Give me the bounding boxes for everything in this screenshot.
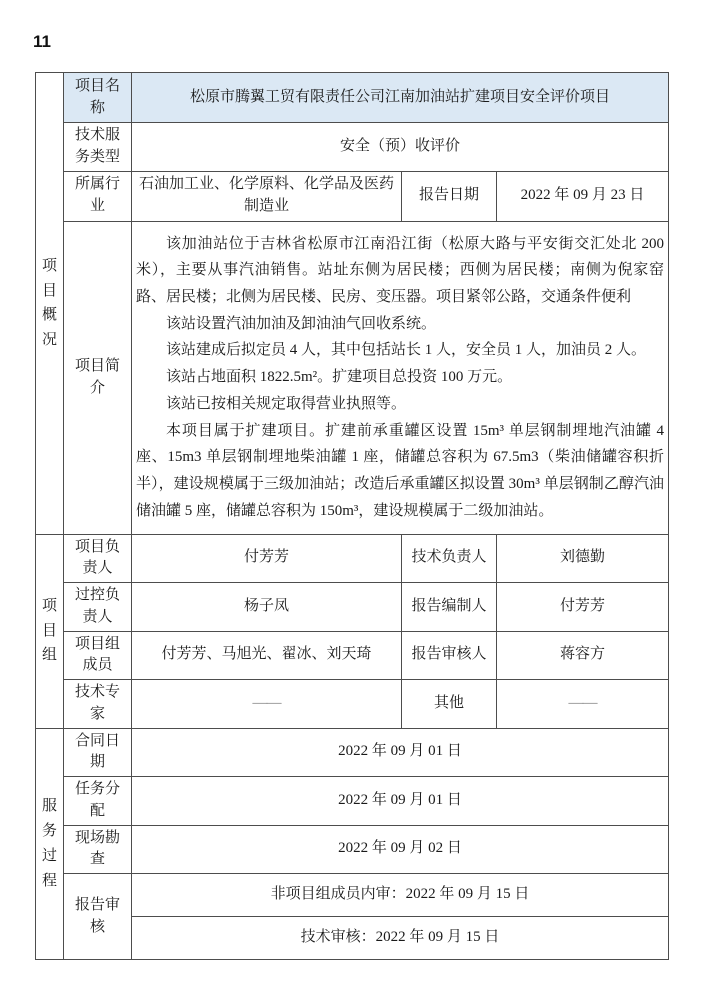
other-value: —— xyxy=(497,680,669,729)
contract-date-value: 2022 年 09 月 01 日 xyxy=(132,728,669,777)
brief-label-cell: 项目简介 xyxy=(64,221,132,534)
service-type-value: 安全（预）收评价 xyxy=(132,123,669,172)
page-number: 11 xyxy=(33,32,51,52)
report-writer-value: 付芳芳 xyxy=(497,583,669,632)
table-row: 现场勘查 2022 年 09 月 02 日 xyxy=(36,825,669,874)
report-date-value: 2022 年 09 月 23 日 xyxy=(497,171,669,221)
project-name-label-cell: 项目名称 xyxy=(64,73,132,123)
table-row: 过控负责人 杨子凤 报告编制人 付芳芳 xyxy=(36,583,669,632)
table-row: 技术服务类型 安全（预）收评价 xyxy=(36,123,669,172)
table-row: 项目简介 该加油站位于吉林省松原市江南沿江街（松原大路与平安街交汇处北 200 … xyxy=(36,221,669,534)
project-info-table: 项目概况 项目名称 松原市腾翼工贸有限责任公司江南加油站扩建项目安全评价项目 技… xyxy=(35,72,669,960)
group-label-overview-text: 项目概况 xyxy=(42,254,58,353)
industry-label: 所属行业 xyxy=(74,174,122,218)
table-row: 报告审核 非项目组成员内审：2022 年 09 月 15 日 xyxy=(36,874,669,917)
group-label-process: 服务过程 xyxy=(36,728,64,960)
service-type-label: 技术服务类型 xyxy=(74,125,122,169)
report-review-label-cell: 报告审核 xyxy=(64,874,132,960)
table-row: 项目组 项目负责人 付芳芳 技术负责人 刘德勤 xyxy=(36,534,669,583)
team-members-label: 项目组成员 xyxy=(74,634,122,678)
industry-label-cell: 所属行业 xyxy=(64,171,132,221)
tech-expert-value: —— xyxy=(132,680,402,729)
team-row-label-cell: 技术专家 xyxy=(64,680,132,729)
process-control-label: 过控负责人 xyxy=(74,585,122,629)
group-label-overview: 项目概况 xyxy=(36,73,64,535)
tech-leader-value: 刘德勤 xyxy=(497,534,669,583)
site-survey-label: 现场勘查 xyxy=(74,828,122,872)
table-row: 任务分配 2022 年 09 月 01 日 xyxy=(36,777,669,826)
team-row-label-cell: 项目组成员 xyxy=(64,631,132,680)
project-name-value: 松原市腾翼工贸有限责任公司江南加油站扩建项目安全评价项目 xyxy=(132,73,669,123)
report-writer-label: 报告编制人 xyxy=(402,583,497,632)
technical-review-value: 技术审核：2022 年 09 月 15 日 xyxy=(132,917,669,960)
internal-review-value: 非项目组成员内审：2022 年 09 月 15 日 xyxy=(132,874,669,917)
process-control-value: 杨子凤 xyxy=(132,583,402,632)
table-row: 所属行业 石油加工业、化学原料、化学品及医药制造业 报告日期 2022 年 09… xyxy=(36,171,669,221)
group-label-team: 项目组 xyxy=(36,534,64,728)
contract-date-label-cell: 合同日期 xyxy=(64,728,132,777)
task-assign-value: 2022 年 09 月 01 日 xyxy=(132,777,669,826)
table-row: 项目概况 项目名称 松原市腾翼工贸有限责任公司江南加油站扩建项目安全评价项目 xyxy=(36,73,669,123)
brief-content: 该加油站位于吉林省松原市江南沿江街（松原大路与平安街交汇处北 200 米），主要… xyxy=(132,221,669,534)
group-label-team-text: 项目组 xyxy=(42,594,58,668)
table-row: 技术专家 —— 其他 —— xyxy=(36,680,669,729)
table-row: 项目组成员 付芳芳、马旭光、翟冰、刘天琦 报告审核人 蒋容方 xyxy=(36,631,669,680)
task-assign-label: 任务分配 xyxy=(74,779,122,823)
team-members-value: 付芳芳、马旭光、翟冰、刘天琦 xyxy=(132,631,402,680)
table-row: 服务过程 合同日期 2022 年 09 月 01 日 xyxy=(36,728,669,777)
report-reviewer-label: 报告审核人 xyxy=(402,631,497,680)
project-name-label: 项目名称 xyxy=(74,76,122,120)
brief-paragraph: 本项目属于扩建项目。扩建前承重罐区设置 15m³ 单层钢制埋地汽油罐 4 座、1… xyxy=(136,418,664,525)
other-label: 其他 xyxy=(402,680,497,729)
task-assign-label-cell: 任务分配 xyxy=(64,777,132,826)
tech-leader-label: 技术负责人 xyxy=(402,534,497,583)
industry-value: 石油加工业、化学原料、化学品及医药制造业 xyxy=(132,171,402,221)
tech-expert-label: 技术专家 xyxy=(74,682,122,726)
brief-paragraph: 该站设置汽油加油及卸油油气回收系统。 xyxy=(136,311,664,338)
site-survey-label-cell: 现场勘查 xyxy=(64,825,132,874)
brief-paragraph: 该加油站位于吉林省松原市江南沿江街（松原大路与平安街交汇处北 200 米），主要… xyxy=(136,231,664,311)
service-type-label-cell: 技术服务类型 xyxy=(64,123,132,172)
contract-date-label: 合同日期 xyxy=(74,731,122,775)
report-reviewer-value: 蒋容方 xyxy=(497,631,669,680)
brief-paragraph: 该站已按相关规定取得营业执照等。 xyxy=(136,391,664,418)
document-page: 11 项目概况 项目名称 松原市腾翼工贸有限责任公司江南加油站扩建项目安全评价项… xyxy=(0,0,703,994)
team-row-label-cell: 过控负责人 xyxy=(64,583,132,632)
brief-paragraph: 该站占地面积 1822.5m²。扩建项目总投资 100 万元。 xyxy=(136,364,664,391)
project-leader-label: 项目负责人 xyxy=(74,537,122,581)
brief-paragraph: 该站建成后拟定员 4 人，其中包括站长 1 人，安全员 1 人，加油员 2 人。 xyxy=(136,337,664,364)
brief-label: 项目简介 xyxy=(74,356,122,400)
project-leader-value: 付芳芳 xyxy=(132,534,402,583)
report-review-label: 报告审核 xyxy=(74,895,122,939)
group-label-process-text: 服务过程 xyxy=(42,794,58,893)
site-survey-value: 2022 年 09 月 02 日 xyxy=(132,825,669,874)
team-row-label-cell: 项目负责人 xyxy=(64,534,132,583)
report-date-label: 报告日期 xyxy=(402,171,497,221)
